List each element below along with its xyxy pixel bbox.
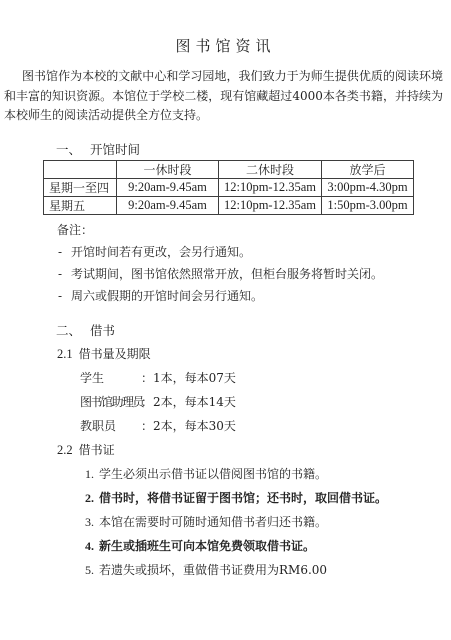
rule-number: 2. xyxy=(85,491,94,505)
table-header-row: 一休时段 二休时段 放学后 xyxy=(44,160,414,178)
rule-item: 3.本馆在需要时可随时通知借书者归还书籍。 xyxy=(85,515,451,530)
limit-row: 学生：1本，每本07天 xyxy=(80,371,451,386)
rule-text: 学生必须出示借书证以借阅图书馆的书籍。 xyxy=(99,467,327,481)
remark-item: -考试期间，图书馆依然照常开放，但柜台服务将暂时关闭。 xyxy=(58,267,451,282)
row-label: 星期一至四 xyxy=(44,178,117,196)
section-borrowing-heading: 二、借书 xyxy=(56,323,451,338)
limit-value: 1本，每本07天 xyxy=(153,371,236,385)
limit-value: 2本，每本14天 xyxy=(153,395,236,409)
role-label: 图书馆助理员 xyxy=(80,395,141,410)
rule-number: 1. xyxy=(85,467,94,481)
subsection-number: 2.2 xyxy=(57,443,73,457)
table-row: 星期五 9:20am-9.45am 12:10pm-12.35am 1:50pm… xyxy=(44,196,414,214)
rule-text: 新生或插班生可向本馆免费领取借书证。 xyxy=(99,539,315,553)
dash-bullet: - xyxy=(58,267,71,282)
limit-row: 教职员：2本，每本30天 xyxy=(80,419,451,434)
rule-number: 4. xyxy=(85,539,94,553)
time-cell: 1:50pm-3.00pm xyxy=(322,196,414,214)
rule-text: 借书时，将借书证留于图书馆；还书时，取回借书证。 xyxy=(99,491,387,505)
opening-hours-table: 一休时段 二休时段 放学后 星期一至四 9:20am-9.45am 12:10p… xyxy=(43,160,414,215)
remark-text: 周六或假期的开馆时间会另行通知。 xyxy=(71,289,263,303)
intro-paragraph: 图书馆作为本校的文献中心和学习园地，我们致力于为师生提供优质的阅读环境和丰富的知… xyxy=(4,67,443,126)
colon: ： xyxy=(141,419,153,433)
header-cell-after-school: 放学后 xyxy=(322,160,414,178)
colon: ： xyxy=(141,371,153,385)
page-title: 图书馆资讯 xyxy=(0,0,451,56)
role-label: 教职员 xyxy=(80,419,141,434)
dash-bullet: - xyxy=(58,245,71,260)
limit-value: 2本，每本30天 xyxy=(153,419,236,433)
header-cell-second-break: 二休时段 xyxy=(219,160,322,178)
section-title: 借书 xyxy=(90,323,115,338)
rule-item: 4.新生或插班生可向本馆免费领取借书证。 xyxy=(85,539,451,554)
dash-bullet: - xyxy=(58,289,71,304)
subsection-number: 2.1 xyxy=(57,347,73,361)
section-number: 一、 xyxy=(56,142,81,157)
header-cell-first-break: 一休时段 xyxy=(117,160,219,178)
rule-item: 5.若遗失或损坏，重做借书证费用为RM6.00 xyxy=(85,563,451,578)
rule-text: 本馆在需要时可随时通知借书者归还书籍。 xyxy=(99,515,327,529)
subsection-borrow-limits-heading: 2.1借书量及期限 xyxy=(57,347,451,362)
document-page: 图书馆资讯 图书馆作为本校的文献中心和学习园地，我们致力于为师生提供优质的阅读环… xyxy=(0,0,451,640)
remark-item: -周六或假期的开馆时间会另行通知。 xyxy=(58,289,451,304)
time-cell: 12:10pm-12.35am xyxy=(219,196,322,214)
rule-item: 1.学生必须出示借书证以借阅图书馆的书籍。 xyxy=(85,467,451,482)
header-cell-empty xyxy=(44,160,117,178)
time-cell: 3:00pm-4.30pm xyxy=(322,178,414,196)
limit-row: 图书馆助理员：2本，每本14天 xyxy=(80,395,451,410)
subsection-library-card-heading: 2.2借书证 xyxy=(57,443,451,458)
table-row: 星期一至四 9:20am-9.45am 12:10pm-12.35am 3:00… xyxy=(44,178,414,196)
section-opening-hours-heading: 一、开馆时间 xyxy=(56,142,451,157)
remark-text: 开馆时间若有更改，会另行通知。 xyxy=(71,245,251,259)
time-cell: 9:20am-9.45am xyxy=(117,178,219,196)
time-cell: 12:10pm-12.35am xyxy=(219,178,322,196)
remark-item: -开馆时间若有更改，会另行通知。 xyxy=(58,245,451,260)
section-title: 开馆时间 xyxy=(90,142,140,157)
rule-number: 5. xyxy=(85,563,94,577)
colon: ： xyxy=(141,395,153,409)
role-label: 学生 xyxy=(80,371,141,386)
section-number: 二、 xyxy=(56,323,81,338)
time-cell: 9:20am-9.45am xyxy=(117,196,219,214)
rule-item: 2.借书时，将借书证留于图书馆；还书时，取回借书证。 xyxy=(85,491,451,506)
subsection-title: 借书量及期限 xyxy=(79,347,151,361)
subsection-title: 借书证 xyxy=(79,443,115,457)
remark-text: 考试期间，图书馆依然照常开放，但柜台服务将暂时关闭。 xyxy=(71,267,383,281)
row-label: 星期五 xyxy=(44,196,117,214)
rule-text: 若遗失或损坏，重做借书证费用为RM6.00 xyxy=(99,563,327,577)
remarks-label: 备注： xyxy=(57,223,451,238)
rule-number: 3. xyxy=(85,515,94,529)
